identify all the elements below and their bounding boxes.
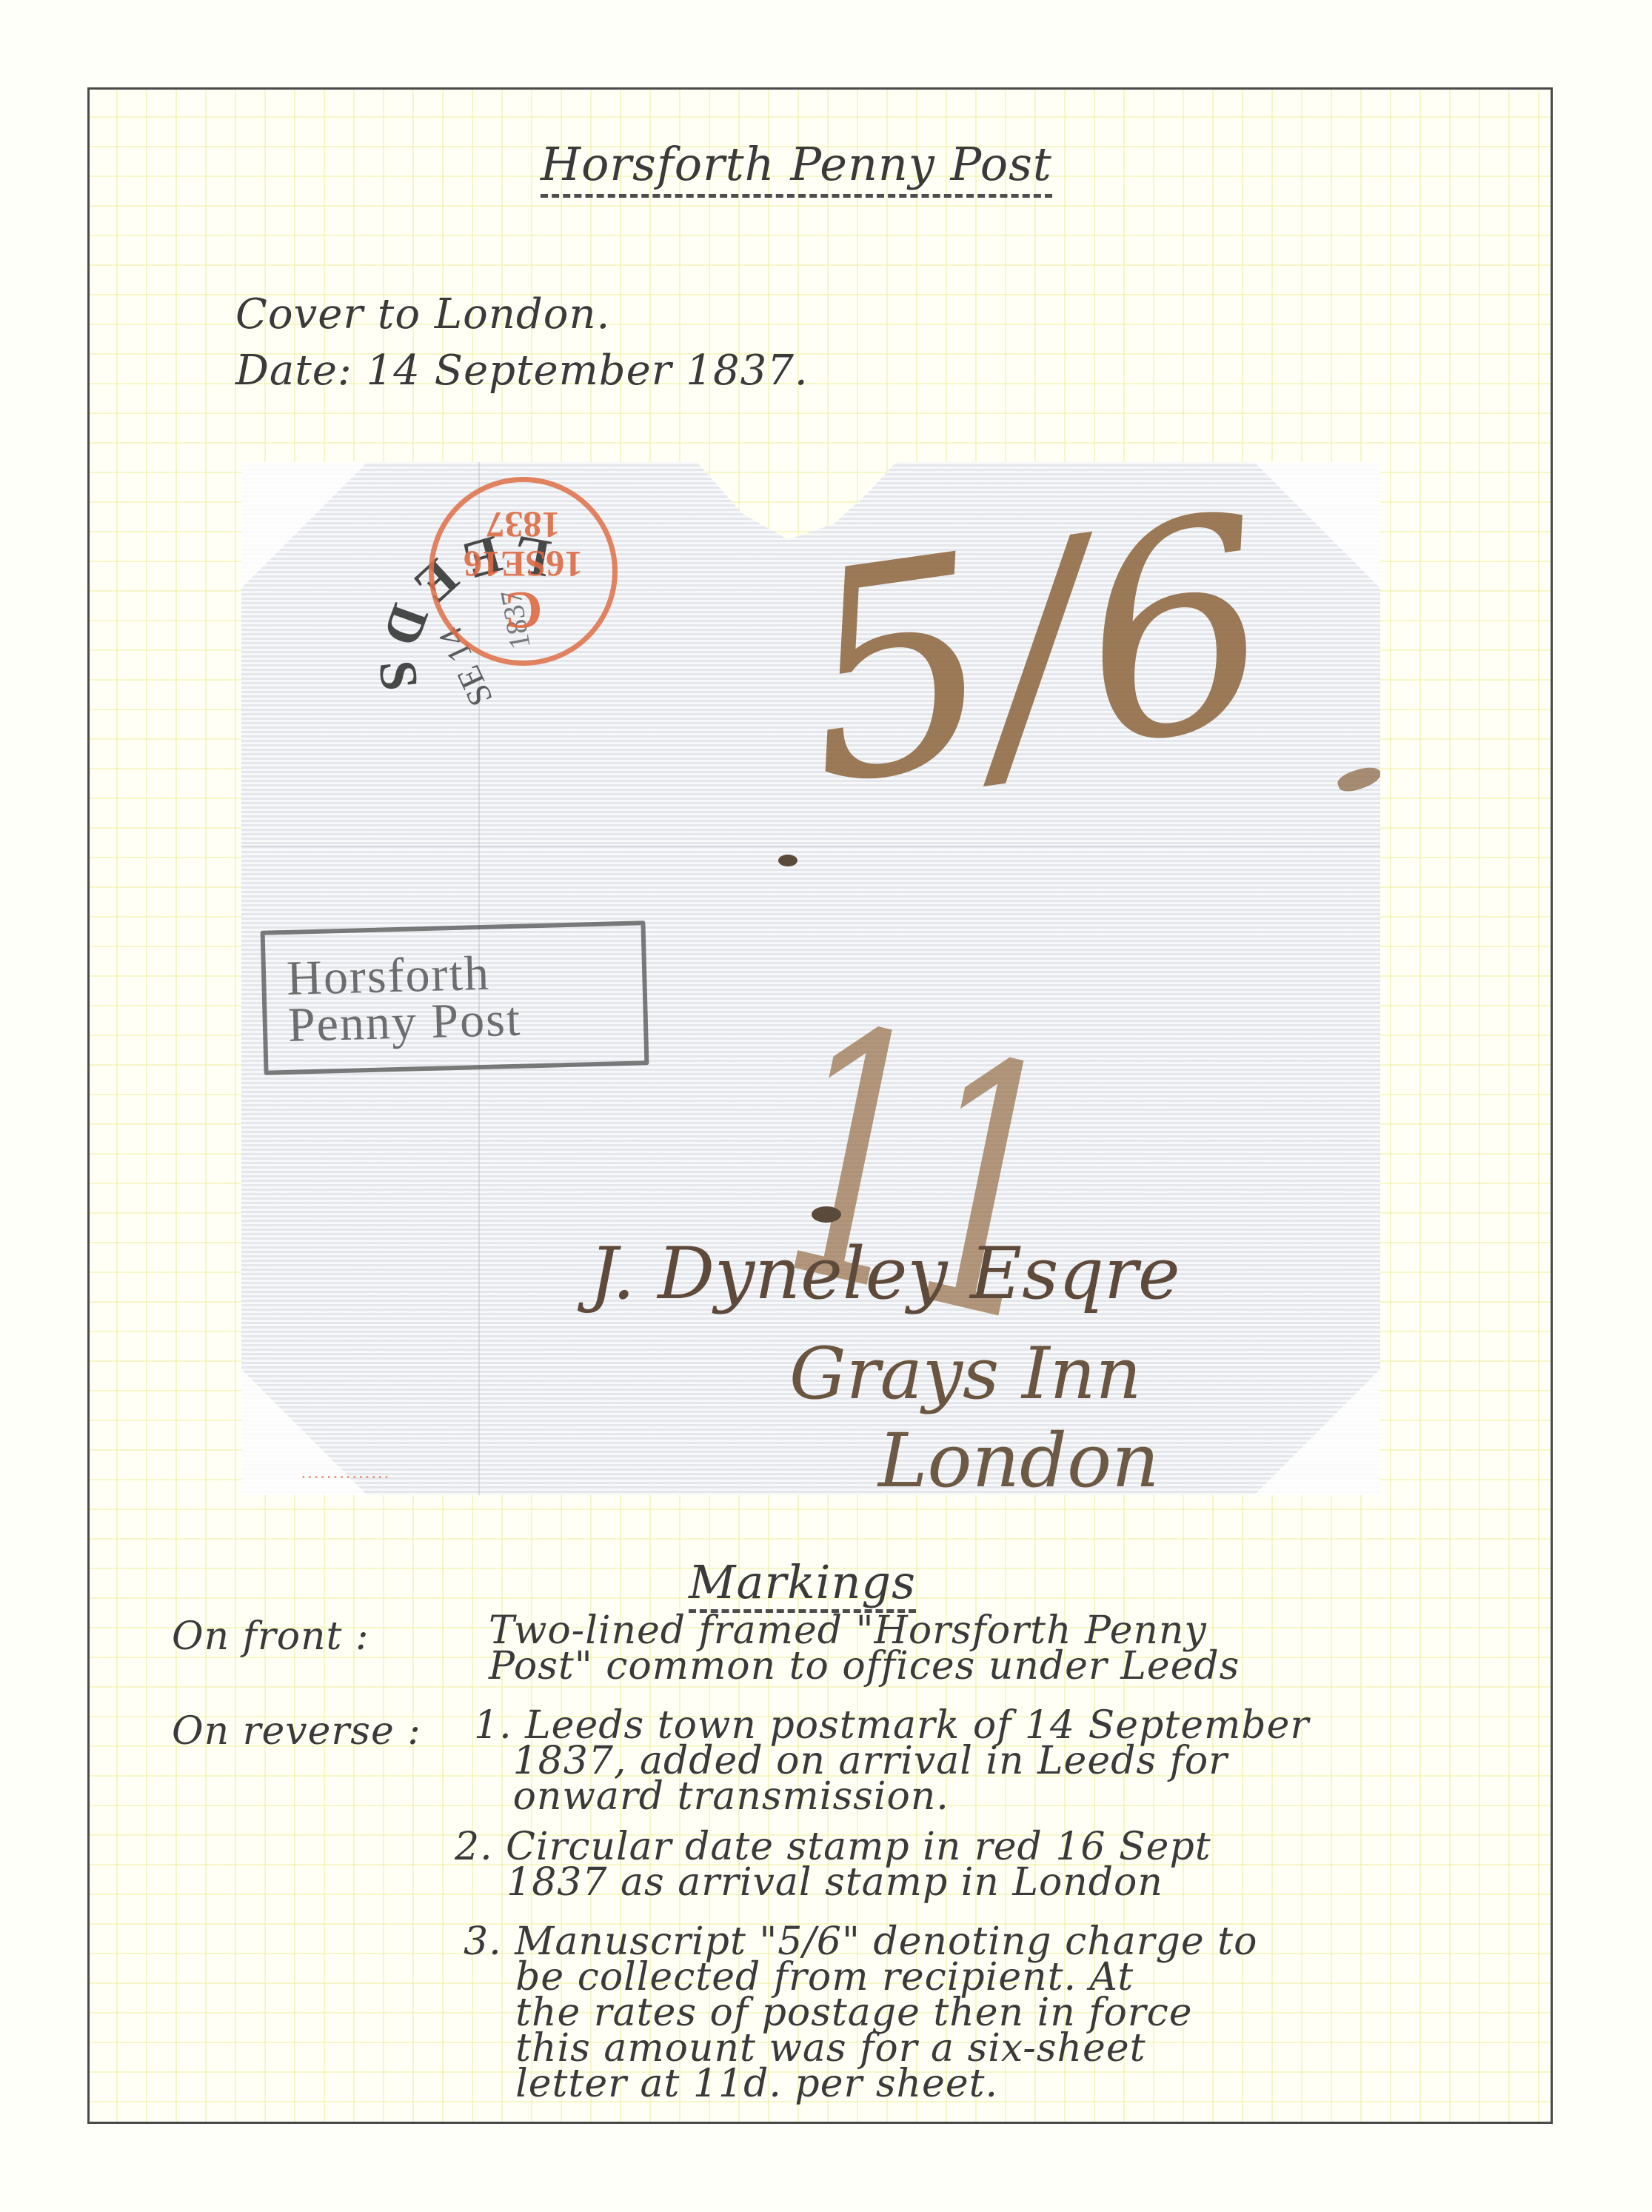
red-ink-offset: .............. bbox=[301, 1462, 390, 1483]
cds-code: C bbox=[504, 584, 543, 637]
cover-description: Cover to London. bbox=[235, 290, 610, 338]
cds-year: 1837 bbox=[486, 506, 561, 545]
photo-corner-mount bbox=[1254, 462, 1380, 588]
front-label: On front : bbox=[172, 1614, 369, 1659]
ink-blot bbox=[778, 855, 797, 866]
reverse-item-2: 2. Circular date stamp in red 16 Sept 18… bbox=[455, 1829, 1211, 1900]
photo-corner-mount bbox=[1254, 1369, 1380, 1495]
reverse-item-3: 3. Manuscript "5/6" denoting charge to b… bbox=[464, 1924, 1257, 2102]
horsforth-penny-post-handstamp: Horsforth Penny Post bbox=[261, 920, 649, 1075]
markings-heading: Markings bbox=[689, 1555, 916, 1613]
handstamp-line-2: Penny Post bbox=[287, 993, 643, 1049]
address-city: London bbox=[878, 1417, 1160, 1504]
address-name: J. Dyneley Esqre bbox=[589, 1232, 1180, 1315]
front-description: Two-lined framed "Horsforth Penny Post" … bbox=[489, 1613, 1240, 1684]
ink-stain bbox=[1335, 763, 1383, 796]
manuscript-rate: 11 bbox=[775, 973, 1068, 1380]
cds-date: 16SE16 bbox=[464, 545, 583, 584]
reverse-item-1: 1. Leeds town postmark of 14 September 1… bbox=[474, 1708, 1309, 1814]
ink-blot bbox=[812, 1206, 841, 1223]
postal-cover: L E E D S SE 14 1837 C 16SE16 1837 Horsf… bbox=[241, 462, 1380, 1495]
address-street: Grays Inn bbox=[789, 1332, 1141, 1415]
page-title: Horsforth Penny Post bbox=[541, 137, 1052, 198]
london-arrival-date-stamp: C 16SE16 1837 bbox=[429, 477, 618, 666]
manuscript-charge: 5/6 bbox=[786, 475, 1287, 826]
reverse-label: On reverse : bbox=[172, 1709, 421, 1754]
cover-date: Date: 14 September 1837. bbox=[235, 347, 809, 395]
cover-fold-line bbox=[241, 846, 1380, 849]
